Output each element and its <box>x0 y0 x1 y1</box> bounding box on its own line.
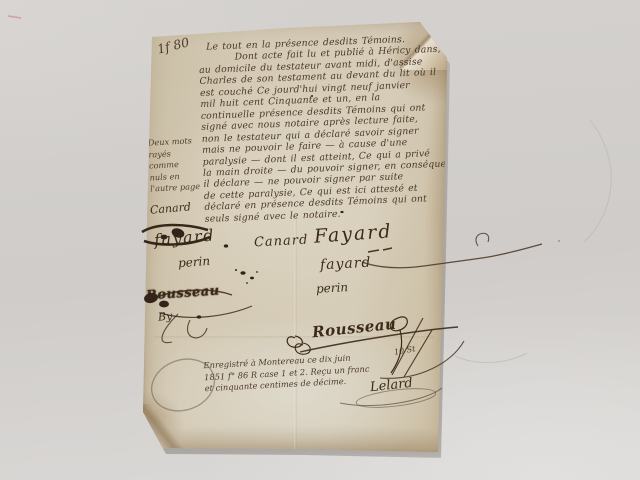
paraph-mark: By <box>157 309 173 323</box>
signature-registrar: Lelard <box>369 376 413 395</box>
photograph-background: Le tout en la présence desdits Témoins. … <box>0 0 640 480</box>
signature-canard-center: Canard <box>254 233 309 251</box>
signature-fayard-grand: Fayard <box>313 220 393 247</box>
manuscript-paper: Le tout en la présence desdits Témoins. … <box>142 20 448 454</box>
signature-canard-margin: Canard <box>150 200 192 217</box>
fee-amount-text: 1f 80 <box>155 34 190 56</box>
vertical-crease <box>294 215 297 453</box>
signature-fayard-right: fayard <box>320 255 372 274</box>
manuscript-body-text: Le tout en la présence desdits Témoins. … <box>198 32 471 225</box>
signature-fayard-margin: fayard <box>153 225 215 249</box>
signature-perin-margin: perin <box>178 254 211 270</box>
signature-perin-right: perin <box>316 280 349 296</box>
signature-rousseau-left: Rousseau <box>146 283 221 303</box>
red-scratch <box>8 16 21 18</box>
margin-note-line: l'autre page <box>150 181 211 196</box>
folded-corner-bottom-left <box>142 404 184 454</box>
margin-annotation: Deux mots rayés comme nuls en l'autre pa… <box>148 134 211 195</box>
horizontal-crease <box>154 336 434 339</box>
